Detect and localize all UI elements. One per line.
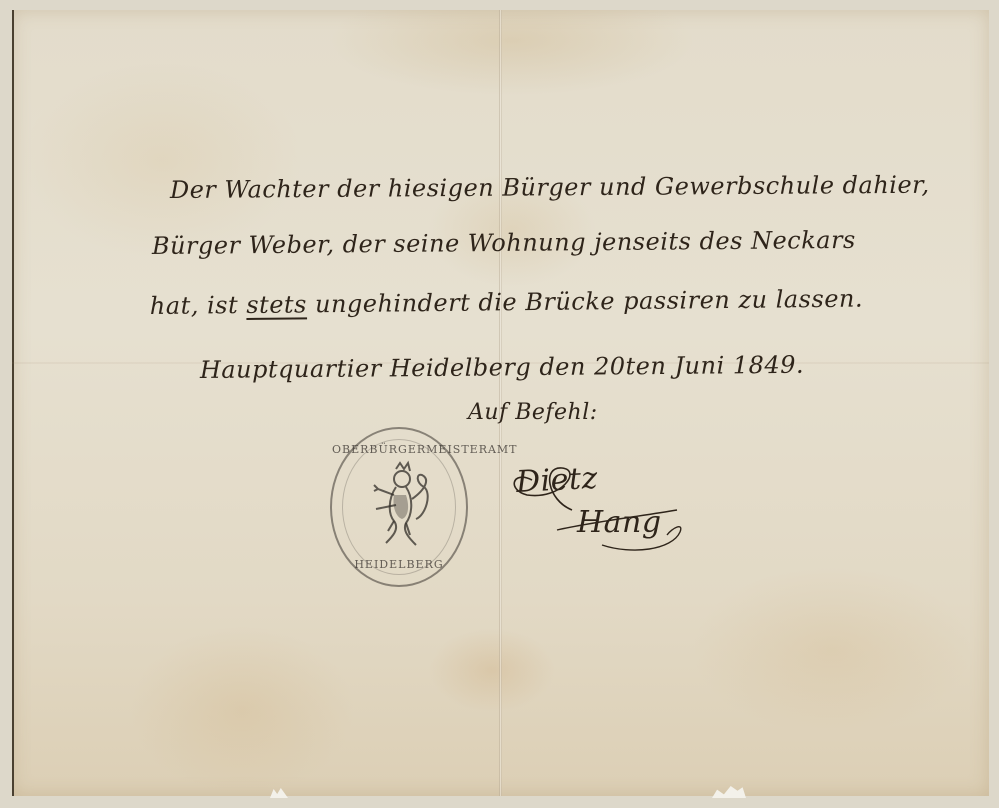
underlined-word: stets	[246, 290, 307, 319]
date-line: Hauptquartier Heidelberg den 20ten Juni …	[200, 351, 804, 384]
paper-tear	[270, 788, 288, 798]
closing-phrase: Auf Befehl:	[468, 400, 598, 425]
text-line-2: Bürger Weber, der seine Wohnung jenseits…	[152, 226, 856, 260]
lion-rampant-icon	[366, 459, 436, 555]
paper-tear	[712, 786, 746, 798]
signature-second: Hang	[577, 505, 662, 540]
text-line-3-content: hat, ist stets ungehindert die Brücke pa…	[150, 285, 863, 320]
text-line-3: hat, ist stets ungehindert die Brücke pa…	[150, 285, 863, 320]
text-line-1: Der Wachter der hiesigen Bürger und Gewe…	[170, 171, 930, 204]
signature-first: Dietz	[515, 461, 598, 500]
official-seal: OBERBÜRGERMEISTERAMT HEIDELBERG	[330, 427, 468, 587]
seal-text-bottom: HEIDELBERG	[332, 558, 466, 571]
document-sheet: Der Wachter der hiesigen Bürger und Gewe…	[12, 10, 989, 796]
seal-text-top: OBERBÜRGERMEISTERAMT	[332, 443, 466, 456]
